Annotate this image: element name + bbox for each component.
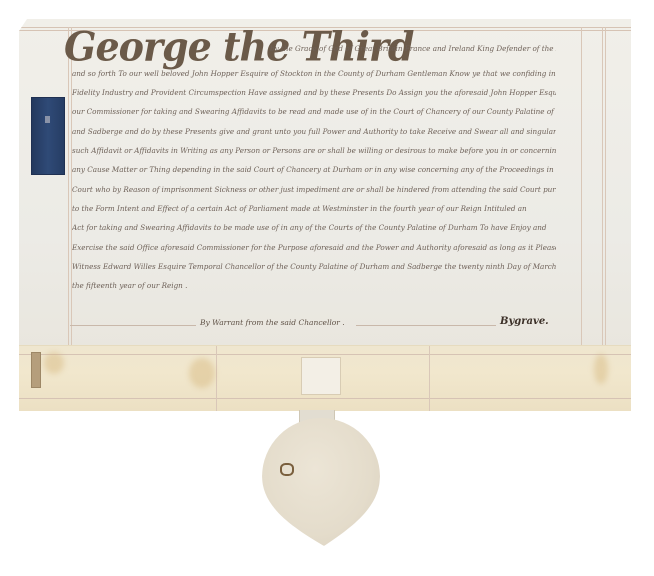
stain [44,352,64,374]
warrant-rule-left [70,325,196,326]
signature: Bygrave. [500,316,549,327]
text-line: and so forth To our well beloved John Ho… [72,69,556,78]
text-line: such Affidavit or Affidavits in Writing … [72,146,556,155]
fold-crease [429,346,430,412]
fold-rule-top [19,354,631,355]
text-line: Act for taking and Swearing Affidavits t… [72,223,556,232]
stain [189,358,215,388]
fold-crease [216,346,217,412]
warrant-rule-right [356,325,496,326]
text-line: Exercise the said Office aforesaid Commi… [72,243,556,252]
warrant-line: By Warrant from the said Chancellor . [200,318,345,327]
fold-rule-bottom [19,398,631,399]
text-line: and Sadberge and do by these Presents gi… [72,127,556,136]
seal-tab-window [301,357,341,395]
text-line: the fifteenth year of our Reign . [72,281,556,290]
text-line: Witness Edward Willes Esquire Temporal C… [72,262,556,271]
ribbon-slot [45,116,50,123]
wax-seal [262,418,380,546]
text-line: to the Form Intent and Effect of a certa… [72,204,556,213]
text-line: any Cause Matter or Thing depending in t… [72,165,556,174]
text-line: Fidelity Industry and Provident Circumsp… [72,88,556,97]
text-line: Court who by Reason of imprisonment Sick… [72,185,556,194]
text-line: our Commissioner for taking and Swearing… [72,107,556,116]
tag-slot [31,352,41,388]
blue-ribbon [31,97,65,175]
text-line: by the Grace of God of Great Britain Fra… [270,44,556,53]
stain [594,354,608,384]
seal-mark [280,463,294,476]
